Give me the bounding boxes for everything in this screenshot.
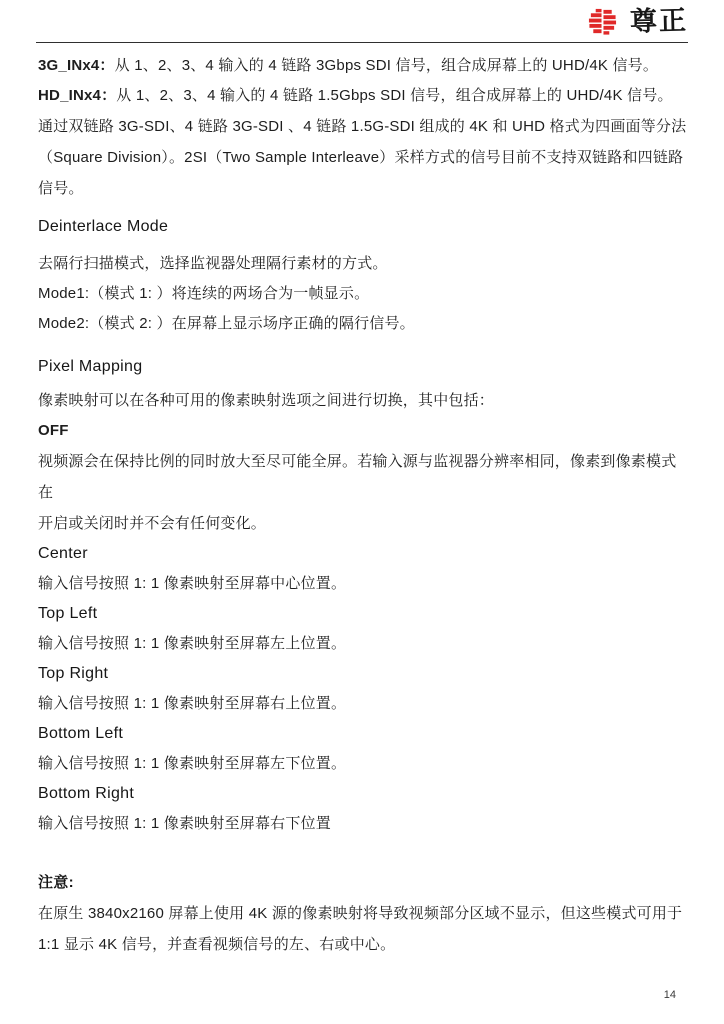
- intro-lead-hd: HD_INx4：: [38, 87, 116, 104]
- deinterlace-mode-heading: Deinterlace Mode: [38, 212, 688, 242]
- brand-name: 尊正: [630, 7, 689, 37]
- note-line: 在原生 3840x2160 屏幕上使用 4K 源的像素映射将导致视频部分区域不显…: [38, 898, 688, 929]
- square-division-line: 通过双链路 3G-SDI、4 链路 3G-SDI 、4 链路 1.5G-SDI …: [38, 111, 688, 142]
- note-line: 1:1 显示 4K 信号，并查看视频信号的左、右或中心。: [38, 929, 688, 960]
- page-header: 尊正: [36, 0, 688, 43]
- option-desc-center: 输入信号按照 1: 1 像素映射至屏幕中心位置。: [38, 569, 688, 599]
- intro-text-3g: 从 1、2、3、4 输入的 4 链路 3Gbps SDI 信号，组合成屏幕上的 …: [115, 57, 658, 74]
- option-desc-bottom-right: 输入信号按照 1: 1 像素映射至屏幕右下位置: [38, 809, 688, 839]
- option-off-desc-line: 视频源会在保持比例的同时放大至尽可能全屏。若输入源与监视器分辨率相同，像素到像素…: [38, 446, 688, 508]
- deinterlace-mode1: Mode1:（模式 1: ）将连续的两场合为一帧显示。: [38, 279, 688, 309]
- deinterlace-desc: 去隔行扫描模式，选择监视器处理隔行素材的方式。: [38, 249, 688, 279]
- option-desc-top-right: 输入信号按照 1: 1 像素映射至屏幕右上位置。: [38, 689, 688, 719]
- intro-line-hd: HD_INx4：从 1、2、3、4 输入的 4 链路 1.5Gbps SDI 信…: [38, 81, 688, 111]
- option-off-desc-line: 开启或关闭时并不会有任何变化。: [38, 508, 688, 539]
- intro-text-hd: 从 1、2、3、4 输入的 4 链路 1.5Gbps SDI 信号，组合成屏幕上…: [116, 87, 672, 104]
- option-heading-bottom-left: Bottom Left: [38, 719, 688, 749]
- document-page: 尊正 3G_INx4：从 1、2、3、4 输入的 4 链路 3Gbps SDI …: [0, 0, 724, 1024]
- option-desc-top-left: 输入信号按照 1: 1 像素映射至屏幕左上位置。: [38, 629, 688, 659]
- option-heading-off: OFF: [38, 416, 688, 446]
- square-division-line: （Square Division）。2SI（Two Sample Interle…: [38, 142, 688, 173]
- deinterlace-mode2: Mode2:（模式 2: ）在屏幕上显示场序正确的隔行信号。: [38, 309, 688, 339]
- square-division-line: 信号。: [38, 173, 688, 204]
- brand-mark-icon: [587, 8, 618, 36]
- option-heading-center: Center: [38, 539, 688, 569]
- brand-logo: 尊正: [587, 8, 688, 36]
- option-heading-top-right: Top Right: [38, 659, 688, 689]
- intro-lead-3g: 3G_INx4：: [38, 57, 115, 74]
- pixel-mapping-heading: Pixel Mapping: [38, 352, 688, 382]
- option-heading-top-left: Top Left: [38, 599, 688, 629]
- note-heading: 注意:: [38, 868, 688, 898]
- page-number: 14: [664, 988, 676, 1002]
- page-content: 3G_INx4：从 1、2、3、4 输入的 4 链路 3Gbps SDI 信号，…: [0, 43, 724, 960]
- option-desc-bottom-left: 输入信号按照 1: 1 像素映射至屏幕左下位置。: [38, 749, 688, 779]
- pixel-mapping-desc: 像素映射可以在各种可用的像素映射选项之间进行切换，其中包括：: [38, 386, 688, 416]
- option-heading-bottom-right: Bottom Right: [38, 779, 688, 809]
- intro-line-3g: 3G_INx4：从 1、2、3、4 输入的 4 链路 3Gbps SDI 信号，…: [38, 51, 688, 81]
